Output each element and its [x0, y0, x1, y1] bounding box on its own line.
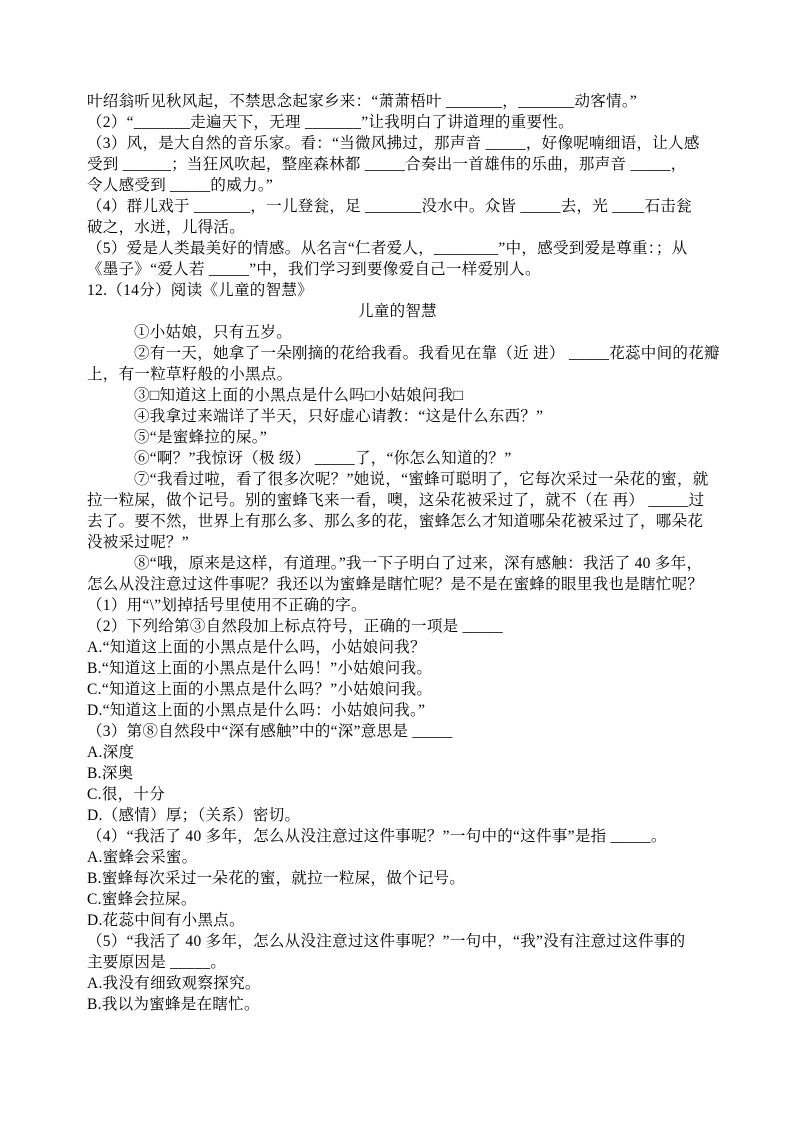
document-line: 《墨子》“爱人若 _____”中，我们学习到要像爱自己一样爱别人。	[87, 259, 708, 280]
document-line: 叶绍翁听见秋风起，不禁思念起家乡来：“萧萧梧叶 _______，_______动…	[87, 91, 708, 112]
document-line: D.“知道这上面的小黑点是什么吗：小姑娘问我。”	[87, 700, 708, 721]
document-line: A.蜜蜂会采蜜。	[87, 847, 708, 868]
document-line: 怎么从没注意过这件事呢？我还以为蜜蜂是瞎忙呢？是不是在蜜蜂的眼里我也是瞎忙呢？	[87, 574, 708, 595]
document-line: 破之，水迸，儿得活。	[87, 217, 708, 238]
document-line: B.深奥	[87, 763, 708, 784]
document-line: ⑥“啊？”我惊讶（极 级） _____了，“你怎么知道的？”	[87, 448, 708, 469]
document-line: ②有一天，她拿了一朵刚摘的花给我看。我看见在靠（近 进） _____花蕊中间的花…	[87, 343, 708, 364]
document-line: A.“知道这上面的小黑点是什么吗，小姑娘问我？	[87, 637, 708, 658]
document-line: 上，有一粒草籽般的小黑点。	[87, 364, 708, 385]
document-line: D.（感情）厚；（关系）密切。	[87, 805, 708, 826]
document-line: B.“知道这上面的小黑点是什么吗！”小姑娘问我。	[87, 658, 708, 679]
document-line: ⑦“我看过啦，看了很多次呢？”她说，“蜜蜂可聪明了，它每次采过一朵花的蜜，就	[87, 469, 708, 490]
document-line: （3）风，是大自然的音乐家。看：“当微风拂过，那声音 _____，好像呢喃细语，…	[87, 133, 708, 154]
document-line: 去了。要不然，世界上有那么多、那么多的花，蜜蜂怎么才知道哪朵花被采过了，哪朵花	[87, 511, 708, 532]
document-line: （4）群儿戏于 _______，一儿登瓮，足 _______没水中。众皆 ___…	[87, 196, 708, 217]
document-line: （3）第⑧自然段中“深有感触”中的“深”意思是 _____	[87, 721, 708, 742]
document-line: B.我以为蜜蜂是在瞎忙。	[87, 994, 708, 1015]
document-line: （5）“我活了 40 多年，怎么从没注意过这件事呢？”一句中，“我”没有注意过这…	[87, 931, 708, 952]
document-line: ①小姑娘，只有五岁。	[87, 322, 708, 343]
document-line: D.花蕊中间有小黑点。	[87, 910, 708, 931]
document-line: ⑤“是蜜蜂拉的屎。”	[87, 427, 708, 448]
document-line: 令人感受到 _____的威力。”	[87, 175, 708, 196]
document-line: 没被采过呢？”	[87, 532, 708, 553]
document-line: C.蜜蜂会拉屎。	[87, 889, 708, 910]
document-line: 12.（14分）阅读《儿童的智慧》	[87, 280, 708, 301]
document-page: 叶绍翁听见秋风起，不禁思念起家乡来：“萧萧梧叶 _______，_______动…	[0, 0, 794, 1123]
document-line: ③□知道这上面的小黑点是什么吗□小姑娘问我□	[87, 385, 708, 406]
document-line: 受到 ______；当狂风吹起，整座森林都 _____合奏出一首雄伟的乐曲，那声…	[87, 154, 708, 175]
document-line: A.我没有细致观察探究。	[87, 973, 708, 994]
document-line: ⑧“哦，原来是这样，有道理。”我一下子明白了过来，深有感触：我活了 40 多年，	[87, 553, 708, 574]
document-line: C.很，十分	[87, 784, 708, 805]
document-line: 主要原因是 _____。	[87, 952, 708, 973]
document-line: C.“知道这上面的小黑点是什么吗？”小姑娘问我。	[87, 679, 708, 700]
document-line: 拉一粒屎，做个记号。别的蜜蜂飞来一看，噢，这朵花被采过了，就不（在 再） ___…	[87, 490, 708, 511]
document-line: （5）爱是人类最美好的情感。从名言“仁者爱人，________”中，感受到爱是尊…	[87, 238, 708, 259]
document-line: （2）“_______走遍天下，无理 _______”让我明白了讲道理的重要性。	[87, 112, 708, 133]
document-line: （1）用“\”划掉括号里使用不正确的字。	[87, 595, 708, 616]
document-line: （4）“我活了 40 多年，怎么从没注意过这件事呢？”一句中的“这件事”是指 _…	[87, 826, 708, 847]
document-body: 叶绍翁听见秋风起，不禁思念起家乡来：“萧萧梧叶 _______，_______动…	[87, 91, 708, 1015]
document-line: B.蜜蜂每次采过一朵花的蜜，就拉一粒屎，做个记号。	[87, 868, 708, 889]
document-line: A.深度	[87, 742, 708, 763]
passage-title: 儿童的智慧	[87, 301, 708, 322]
document-line: ④我拿过来端详了半天，只好虚心请教：“这是什么东西？”	[87, 406, 708, 427]
document-line: （2）下列给第③自然段加上标点符号，正确的一项是 _____	[87, 616, 708, 637]
